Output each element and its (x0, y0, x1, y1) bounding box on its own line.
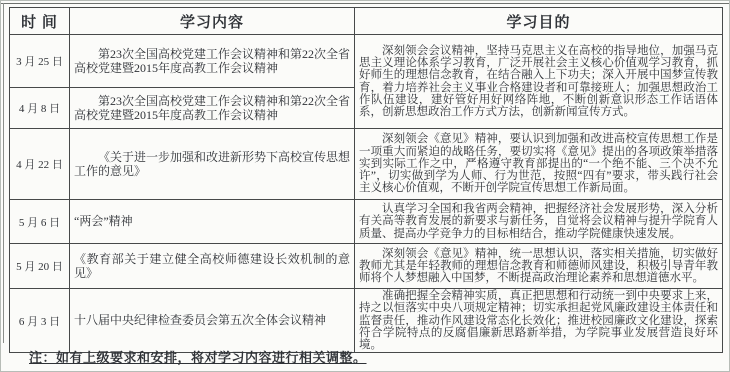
purpose-cell: 认真学习全国和我省两会精神，把握经济社会发展形势，深入分析有关高等教育发展的新要… (355, 200, 723, 244)
table-row: 5 月 20 日 《教育部关于建立健全高校师德建设长效机制的意见》 深刻领会《意… (10, 244, 723, 289)
content-cell: 第23次全国高校党建工作会议精神和第22次全省高校党建暨2015年度高教工作会议… (70, 88, 355, 129)
date-cell: 5 月 6 日 (10, 200, 70, 244)
content-cell: 《教育部关于建立健全高校师德建设长效机制的意见》 (70, 244, 355, 289)
page-top-rule (1, 3, 730, 4)
header-row: 时 间 学习内容 学习目的 (10, 8, 723, 35)
purpose-cell: 深刻领会《意见》精神，统一思想认识，落实相关措施，切实做好教师尤其是年轻教师的理… (355, 244, 723, 289)
purpose-cell-merged: 深刻领会会议精神，坚持马克思主义在高校的指导地位，加强马克思主义理论体系学习教育… (355, 35, 723, 129)
content-cell: 第23次全国高校党建工作会议精神和第22次全省高校党建暨2015年度高教工作会议… (70, 35, 355, 88)
purpose-cell: 准确把握全会精神实质，真正把思想和行动统一到中央要求上来，持之以恒落实中央八项规… (355, 289, 723, 353)
content-cell: 十八届中央纪律检查委员会第五次全体会议精神 (70, 289, 355, 353)
adjustment-note: 注：如有上级要求和安排，将对学习内容进行相关调整。 (29, 347, 367, 366)
header-purpose: 学习目的 (355, 8, 723, 35)
document-page: 时 间 学习内容 学习目的 3 月 25 日 第23次全国高校党建工作会议精神和… (0, 0, 730, 372)
study-schedule-table: 时 间 学习内容 学习目的 3 月 25 日 第23次全国高校党建工作会议精神和… (9, 7, 723, 353)
date-cell: 4 月 22 日 (10, 129, 70, 200)
date-cell: 4 月 8 日 (10, 88, 70, 129)
page-left-rule (3, 3, 4, 343)
date-cell: 3 月 25 日 (10, 35, 70, 88)
header-time: 时 间 (10, 8, 70, 35)
header-content: 学习内容 (70, 8, 355, 35)
date-cell: 5 月 20 日 (10, 244, 70, 289)
date-cell: 6 月 3 日 (10, 289, 70, 353)
table-row: 5 月 6 日 “两会”精神 认真学习全国和我省两会精神，把握经济社会发展形势，… (10, 200, 723, 244)
content-cell: “两会”精神 (70, 200, 355, 244)
table-row: 6 月 3 日 十八届中央纪律检查委员会第五次全体会议精神 准确把握全会精神实质… (10, 289, 723, 353)
content-cell: 《关于进一步加强和改进新形势下高校宣传思想工作的意见》 (70, 129, 355, 200)
purpose-cell: 深刻领会《意见》精神，要认识到加强和改进高校宣传思想工作是一项重大而紧迫的战略任… (355, 129, 723, 200)
table-row: 3 月 25 日 第23次全国高校党建工作会议精神和第22次全省高校党建暨201… (10, 35, 723, 88)
table-row: 4 月 22 日 《关于进一步加强和改进新形势下高校宣传思想工作的意见》 深刻领… (10, 129, 723, 200)
